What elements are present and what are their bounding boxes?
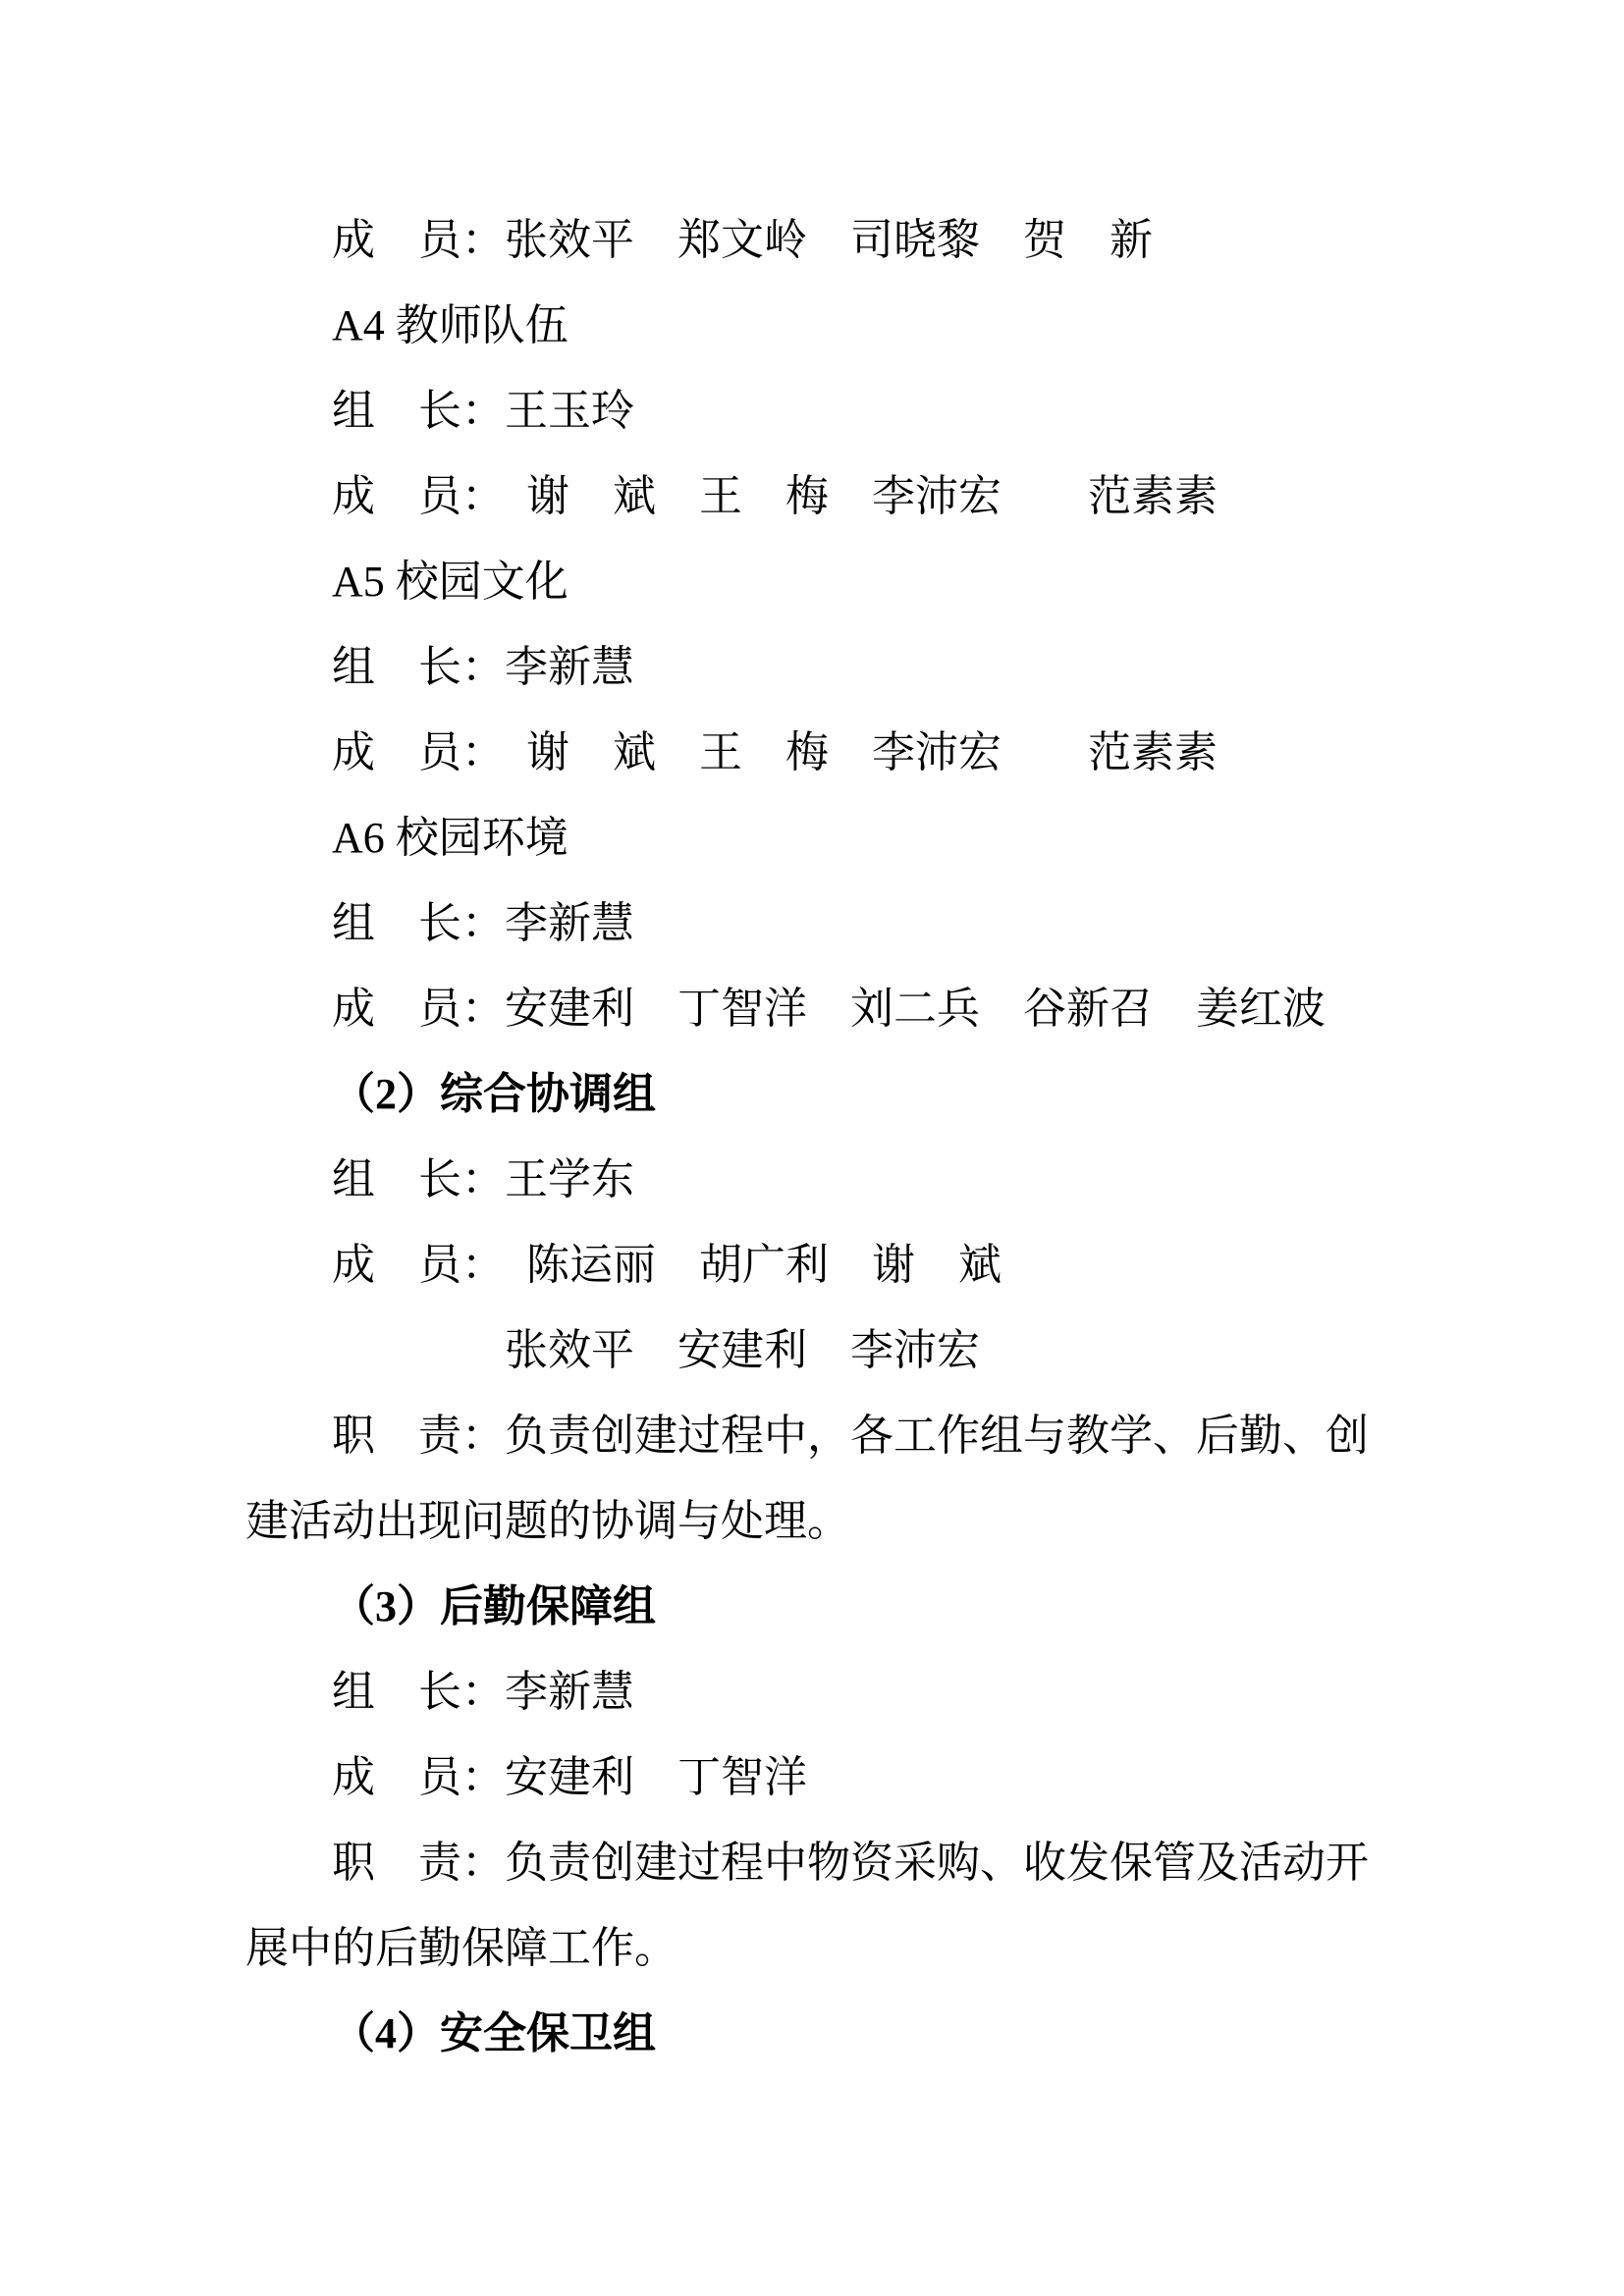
duty-line-cont: 展中的后勤保障工作。 (245, 1905, 1398, 1991)
document-page: 成 员：张效平 郑文岭 司晓黎 贺 新 A4 教师队伍 组 长：王玉玲 成 员：… (0, 0, 1624, 2296)
duty-line-cont: 建活动出现问题的协调与处理。 (245, 1478, 1398, 1564)
document-body: 成 员：张效平 郑文岭 司晓黎 贺 新 A4 教师队伍 组 长：王玉玲 成 员：… (0, 0, 1624, 2076)
leader-line: 组 长：王玉玲 (245, 368, 1398, 454)
subgroup-title-a5: A5 校园文化 (245, 539, 1398, 624)
subgroup-title-a6: A6 校园环境 (245, 795, 1398, 881)
member-line: 成 员：张效平 郑文岭 司晓黎 贺 新 (245, 197, 1398, 283)
leader-line: 组 长：李新慧 (245, 881, 1398, 966)
section-heading-3: （3）后勤保障组 (245, 1564, 1398, 1649)
member-line-cont: 张效平 安建利 李沛宏 (245, 1308, 1398, 1393)
leader-line: 组 长：李新慧 (245, 1649, 1398, 1735)
section-heading-2: （2）综合协调组 (245, 1051, 1398, 1137)
leader-line: 组 长：李新慧 (245, 624, 1398, 710)
member-line: 成 员： 陈运丽 胡广利 谢 斌 (245, 1222, 1398, 1308)
duty-line: 职 责：负责创建过程中，各工作组与教学、后勤、创 (245, 1393, 1398, 1478)
member-line: 成 员： 谢 斌 王 梅 李沛宏 范素素 (245, 454, 1398, 539)
member-line: 成 员：安建利 丁智洋 (245, 1735, 1398, 1820)
leader-line: 组 长：王学东 (245, 1137, 1398, 1222)
duty-line: 职 责：负责创建过程中物资采购、收发保管及活动开 (245, 1820, 1398, 1905)
member-line: 成 员： 谢 斌 王 梅 李沛宏 范素素 (245, 710, 1398, 795)
member-line: 成 员：安建利 丁智洋 刘二兵 谷新召 姜红波 (245, 966, 1398, 1051)
subgroup-title-a4: A4 教师队伍 (245, 283, 1398, 368)
section-heading-4: （4）安全保卫组 (245, 1991, 1398, 2076)
